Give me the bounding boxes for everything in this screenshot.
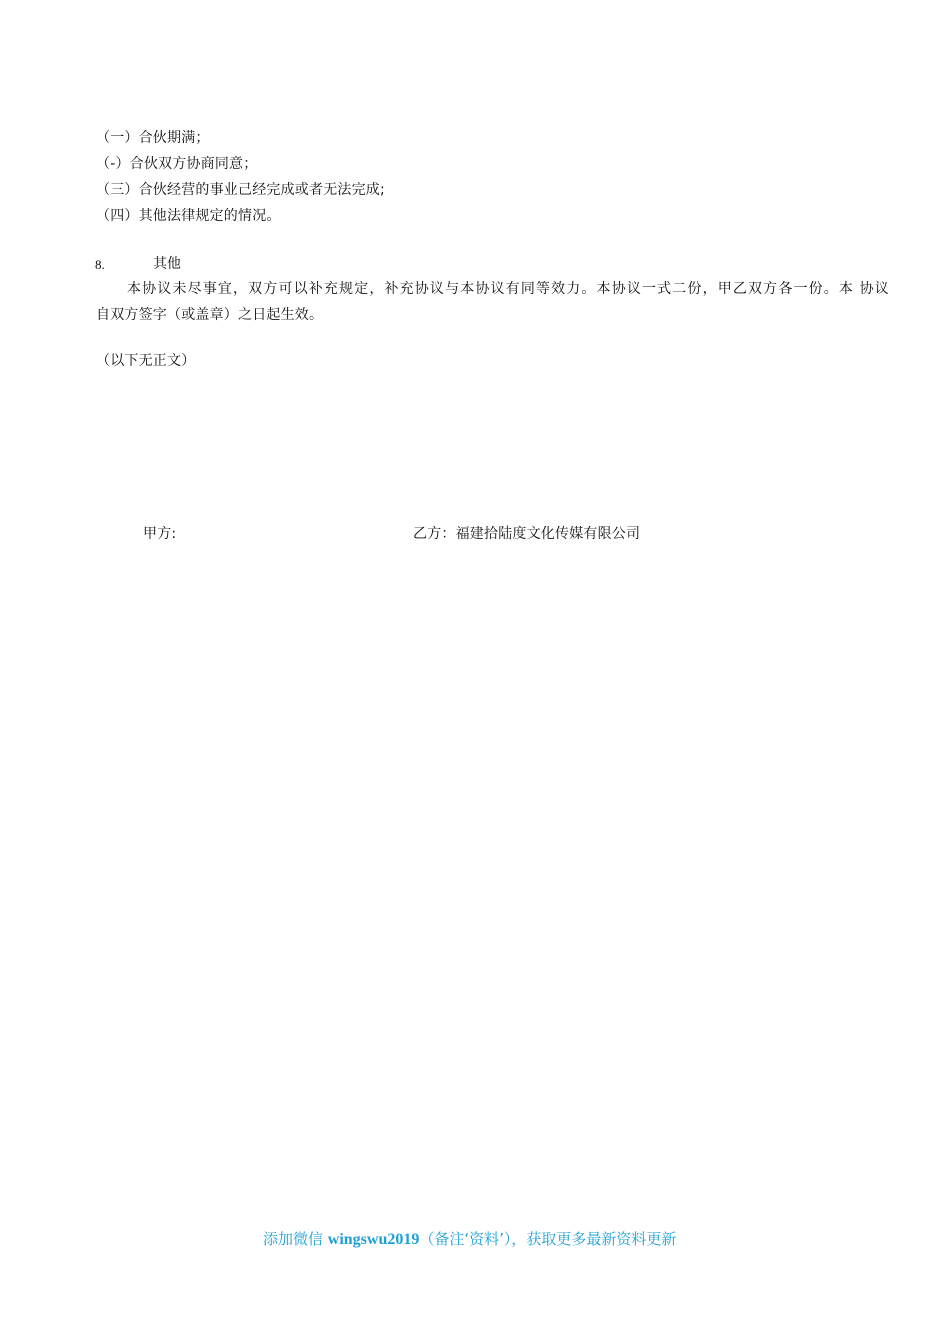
- termination-item-4: （四）其他法律规定的情况。: [96, 207, 281, 225]
- paragraph-line-1: 本协议未尽事宜，双方可以补充规定，补充协议与本协议有同等效力。本协议一式二份，甲…: [127, 280, 889, 298]
- footer-suffix: （备注‘资料’），获取更多最新资料更新: [419, 1230, 676, 1248]
- section-title: 其他: [153, 255, 181, 273]
- termination-item-3: （三）合伙经营的事业己经完成或者无法完成;: [96, 181, 385, 199]
- termination-item-2: （-）合伙双方协商同意；: [96, 155, 257, 173]
- footer-prefix: 添加微信: [263, 1230, 328, 1248]
- section-number: 8.: [95, 256, 105, 274]
- footer-wechat-id: wingswu2019: [328, 1231, 420, 1248]
- end-note: （以下无正文）: [96, 352, 195, 370]
- footer-promo-note: 添加微信 wingswu2019（备注‘资料’），获取更多最新资料更新: [263, 1229, 676, 1250]
- termination-item-1: （一）合伙期满；: [96, 129, 210, 147]
- document-page: （一）合伙期满； （-）合伙双方协商同意； （三）合伙经营的事业己经完成或者无法…: [0, 0, 950, 1344]
- signature-party-a: 甲方:: [143, 525, 176, 543]
- paragraph-line-2: 自双方签字（或盖章）之日起生效。: [96, 306, 323, 324]
- signature-party-b: 乙方：福建拾陆度文化传媒有限公司: [413, 525, 640, 543]
